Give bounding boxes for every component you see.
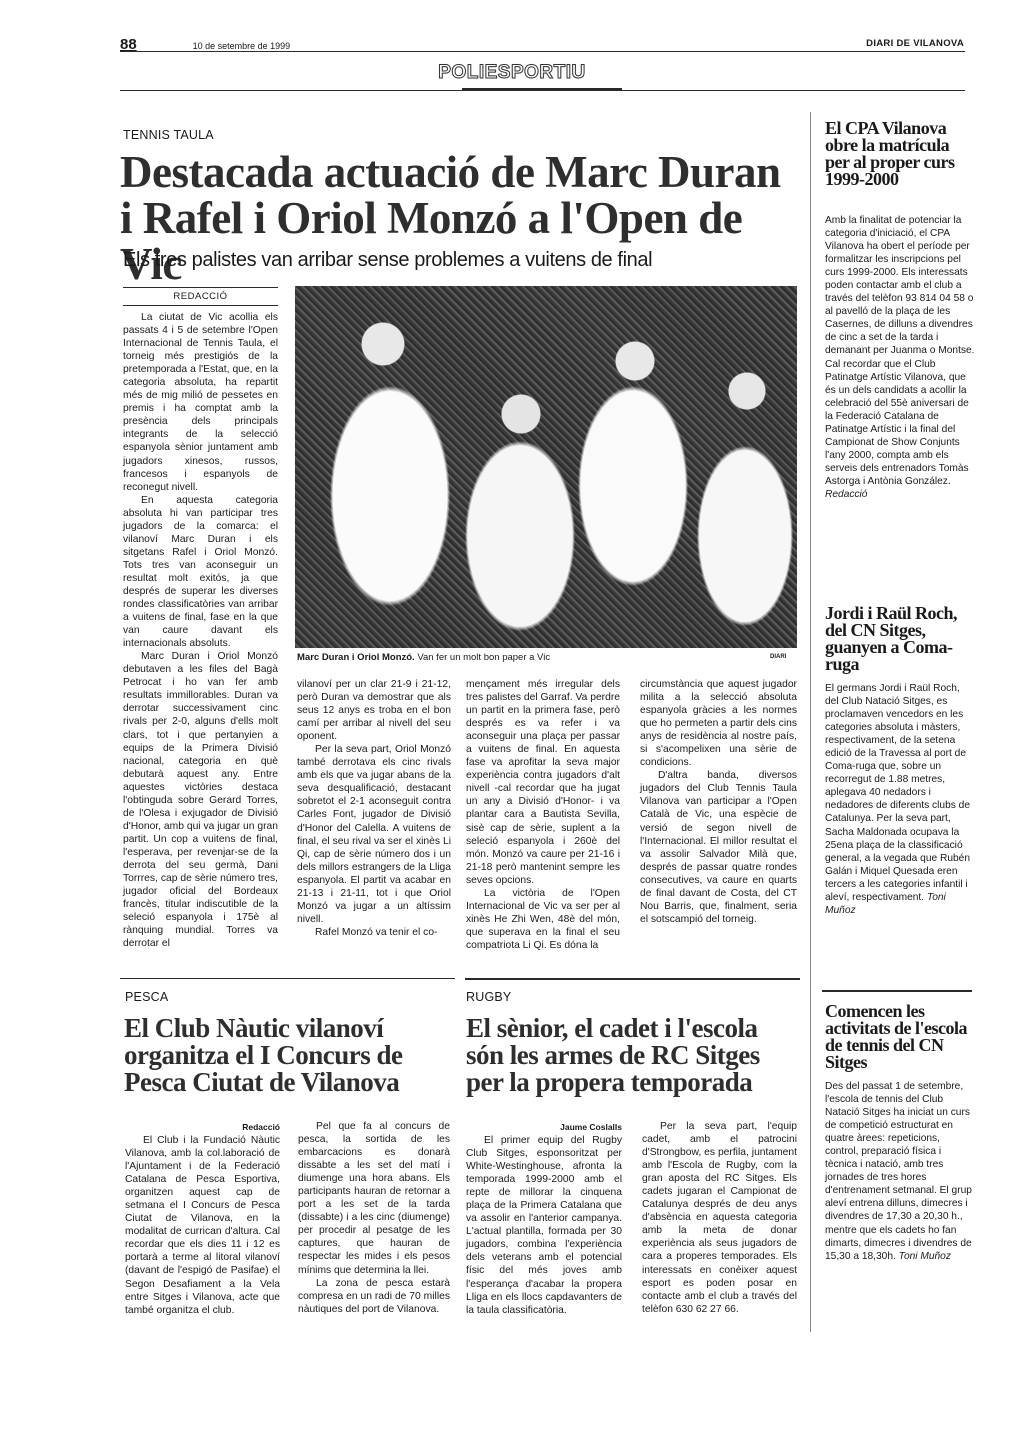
sidebar-headline: El CPA Vilanova obre la matrícula per al… xyxy=(825,120,975,188)
rugby-column-2: Per la seva part, l'equip cadet, amb el … xyxy=(642,1120,797,1316)
paragraph: La victòria de l'Open Internacional de V… xyxy=(466,887,620,952)
photo-caption-text: Van fer un molt bon paper a Vic xyxy=(415,652,550,663)
masthead-rule xyxy=(120,51,965,52)
sidebar-signature: Toni Muñoz xyxy=(899,1251,951,1262)
sidebar-body: Amb la finalitat de potenciar la categor… xyxy=(825,214,975,501)
section-rule-accent xyxy=(462,88,622,91)
photo-caption-names: Marc Duran i Oriol Monzó. xyxy=(297,652,415,663)
pesca-kicker: PESCA xyxy=(125,990,168,1004)
paragraph: La zona de pesca estarà compresa en un r… xyxy=(298,1277,450,1316)
section-title: POLIESPORTIU xyxy=(0,62,1024,84)
main-headline-line2: i Rafel i Oriol Monzó a l'Open de Vic xyxy=(120,196,810,288)
pesca-byline: Redacció xyxy=(125,1122,280,1132)
paragraph: Marc Duran i Oriol Monzó debutaven a les… xyxy=(123,650,278,950)
main-subheadline: Els tres palistes van arribar sense prob… xyxy=(123,249,652,272)
main-column-4: circumstància que aquest jugador milita … xyxy=(640,678,797,926)
paragraph: circumstància que aquest jugador milita … xyxy=(640,678,797,769)
rugby-column-1: El primer equip del Rugby Club Sitges, e… xyxy=(466,1134,622,1317)
sidebar-rule xyxy=(822,990,972,992)
sidebar-divider xyxy=(810,112,811,1332)
rugby-byline: Jaume Coslalls xyxy=(466,1122,622,1132)
main-kicker: TENNIS TAULA xyxy=(123,128,214,142)
photo-caption: Marc Duran i Oriol Monzó. Van fer un mol… xyxy=(297,652,550,663)
main-column-2: vilanoví per un clar 21-9 i 21-12, però … xyxy=(297,678,451,939)
pesca-column-2: Pel que fa al concurs de pesca, la sorti… xyxy=(298,1120,450,1316)
photo-credit: DIARI xyxy=(770,654,786,660)
byline-rule-bottom xyxy=(123,305,278,306)
main-byline: REDACCIÓ xyxy=(123,291,278,302)
paragraph: vilanoví per un clar 21-9 i 21-12, però … xyxy=(297,678,451,743)
sidebar-signature: Redacció xyxy=(825,489,867,500)
sidebar-item-roch: Jordi i Raül Roch, del CN Sitges, guanye… xyxy=(825,605,975,917)
sidebar-body: El germans Jordi i Raül Roch, del Club N… xyxy=(825,682,975,917)
paragraph: El Club i la Fundació Nàutic Vilanova, a… xyxy=(125,1134,280,1317)
rugby-kicker: RUGBY xyxy=(466,990,511,1004)
sidebar-item-cpa: El CPA Vilanova obre la matrícula per al… xyxy=(825,120,975,501)
divider-main-left xyxy=(120,978,455,979)
rugby-headline: El sènior, el cadet i l'escola són les a… xyxy=(466,1015,796,1096)
paragraph: En aquesta categoria absoluta hi van par… xyxy=(123,494,278,651)
issue-date: 10 de setembre de 1999 xyxy=(193,41,291,51)
paragraph: El primer equip del Rugby Club Sitges, e… xyxy=(466,1134,622,1317)
paragraph: Per la seva part, l'equip cadet, amb el … xyxy=(642,1120,797,1316)
sidebar-body: Des del passat 1 de setembre, l'escola d… xyxy=(825,1080,975,1263)
sidebar-headline: Jordi i Raül Roch, del CN Sitges, guanye… xyxy=(825,605,975,673)
photo-of-four-players-icon xyxy=(295,286,797,648)
main-column-3: mençament més irregular dels tres palist… xyxy=(466,678,620,952)
main-headline-line1: Destacada actuació de Marc Duran xyxy=(120,150,810,196)
sidebar-headline: Comencen les activitats de l'escola de t… xyxy=(825,1003,975,1071)
newspaper-name: DIARI DE VILANOVA xyxy=(866,38,964,49)
paragraph: Pel que fa al concurs de pesca, la sorti… xyxy=(298,1120,450,1277)
divider-main-right xyxy=(465,978,800,980)
byline-rule-top xyxy=(123,287,278,288)
main-column-1: La ciutat de Vic acollia els passats 4 i… xyxy=(123,311,278,950)
paragraph: mençament més irregular dels tres palist… xyxy=(466,678,620,887)
pesca-headline: El Club Nàutic vilanoví organitza el I C… xyxy=(124,1015,449,1096)
paragraph: La ciutat de Vic acollia els passats 4 i… xyxy=(123,311,278,494)
sidebar-item-tennis-school: Comencen les activitats de l'escola de t… xyxy=(825,1003,975,1263)
paragraph: Rafel Monzó va tenir el co- xyxy=(297,926,451,939)
pesca-column-1: El Club i la Fundació Nàutic Vilanova, a… xyxy=(125,1134,280,1317)
paragraph: Per la seva part, Oriol Monzó també derr… xyxy=(297,743,451,926)
paragraph: D'altra banda, diversos jugadors del Clu… xyxy=(640,769,797,926)
